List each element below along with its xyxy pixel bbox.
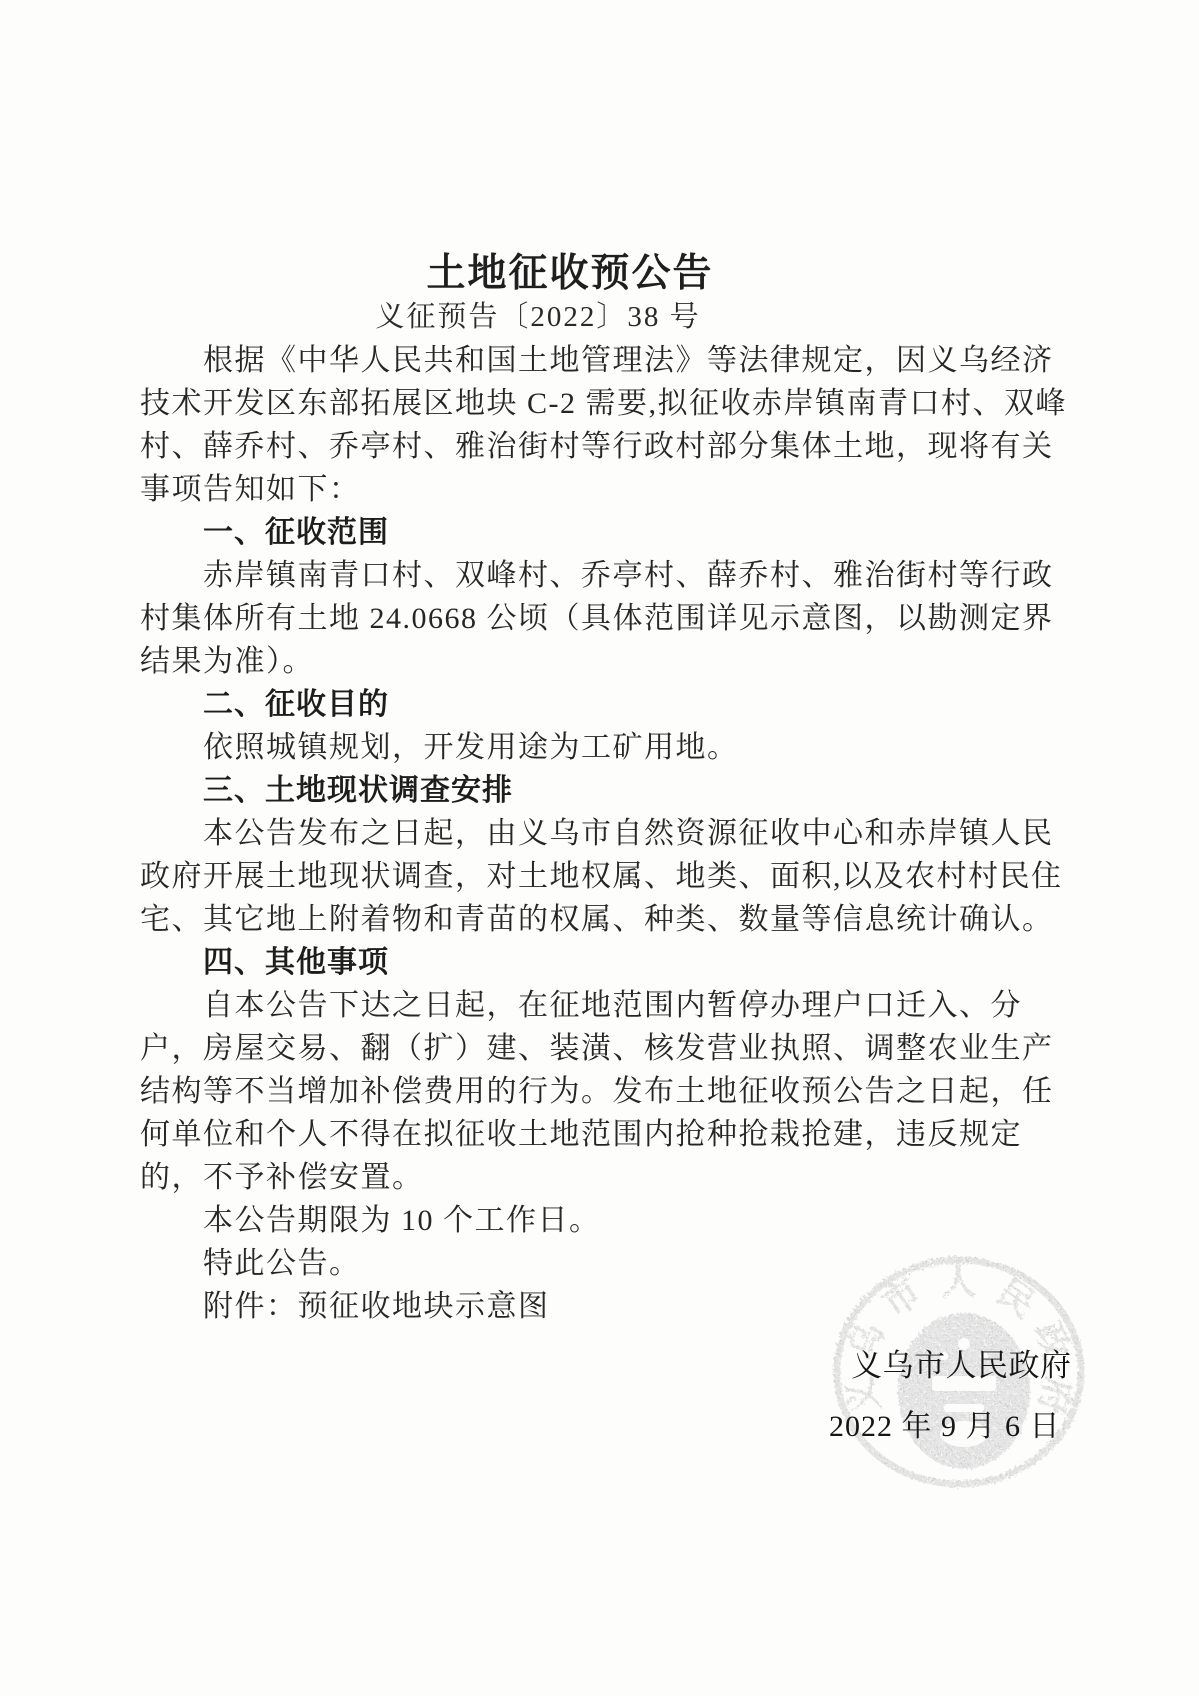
section-heading: 三、土地现状调查安排 bbox=[140, 769, 1085, 812]
body-line: 村、薛乔村、乔亭村、雅治街村等行政村部分集体土地，现将有关 bbox=[140, 425, 1085, 468]
body-line: 本公告发布之日起，由义乌市自然资源征收中心和赤岸镇人民 bbox=[140, 812, 1085, 855]
section-heading: 二、征收目的 bbox=[140, 683, 1085, 726]
body-line: 本公告期限为 10 个工作日。 bbox=[140, 1199, 1085, 1242]
body-line: 结果为准）。 bbox=[140, 640, 1085, 683]
body-line: 政府开展土地现状调查，对土地权属、地类、面积,以及农村村民住 bbox=[140, 855, 1085, 898]
section-heading: 一、征收范围 bbox=[140, 511, 1085, 554]
issuer-signature: 义乌市人民政府 bbox=[851, 1340, 1072, 1385]
issue-date: 2022 年 9 月 6 日 bbox=[829, 1401, 1061, 1445]
body-line: 根据《中华人民共和国土地管理法》等法律规定，因义乌经济 bbox=[140, 339, 1085, 382]
body-line: 依照城镇规划，开发用途为工矿用地。 bbox=[140, 726, 1085, 769]
document-page: 土地征收预公告 义征预告〔2022〕38 号 根据《中华人民共和国土地管理法》等… bbox=[0, 0, 1199, 1696]
body-line: 户，房屋交易、翻（扩）建、装潢、核发营业执照、调整农业生产 bbox=[140, 1027, 1085, 1070]
body-line: 的，不予补偿安置。 bbox=[140, 1156, 1085, 1199]
body-line: 赤岸镇南青口村、双峰村、乔亭村、薛乔村、雅治街村等行政 bbox=[140, 554, 1085, 597]
seal-ring-char: 人 bbox=[941, 1262, 977, 1302]
body-line: 事项告知如下： bbox=[140, 468, 1085, 511]
body-line: 结构等不当增加补偿费用的行为。发布土地征收预公告之日起，任 bbox=[140, 1070, 1085, 1113]
document-number: 义征预告〔2022〕38 号 bbox=[68, 294, 1008, 335]
body-line: 宅、其它地上附着物和青苗的权属、种类、数量等信息统计确认。 bbox=[140, 898, 1085, 941]
section-heading: 四、其他事项 bbox=[140, 941, 1085, 984]
body-line: 自本公告下达之日起，在征地范围内暂停办理户口迁入、分 bbox=[140, 984, 1085, 1027]
seal-ring-char: 民 bbox=[990, 1271, 1042, 1324]
body-line: 村集体所有土地 24.0668 公顷（具体范围详见示意图，以勘测定界 bbox=[140, 597, 1085, 640]
body-line: 何单位和个人不得在拟征收土地范围内抢种抢栽抢建，违反规定 bbox=[140, 1113, 1085, 1156]
seal-ring-char: 市 bbox=[876, 1271, 928, 1324]
document-body: 根据《中华人民共和国土地管理法》等法律规定，因义乌经济 技术开发区东部拓展区地块… bbox=[140, 339, 1085, 1328]
page-title: 土地征收预公告 bbox=[100, 242, 1040, 298]
body-line: 技术开发区东部拓展区地块 C-2 需要,拟征收赤岸镇南青口村、双峰 bbox=[140, 382, 1085, 425]
